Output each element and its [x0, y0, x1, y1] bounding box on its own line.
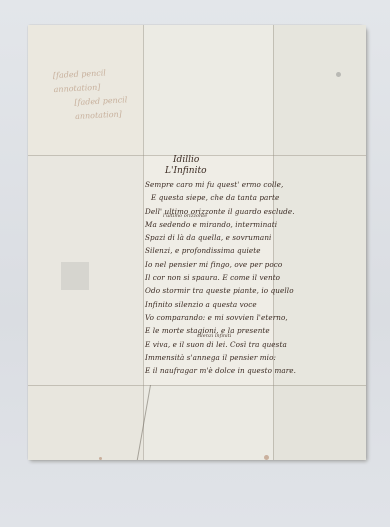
faded-stamp-mark [61, 262, 89, 290]
interlinear-correction: silenzi infiniti [197, 333, 231, 339]
verse-line: Ma sedendo e mirando, interminati [145, 218, 373, 231]
verse-line: Silenzi, e profondissima quiete [145, 244, 373, 257]
manuscript-sheet: [faded pencil annotation] [faded pencil … [28, 25, 366, 460]
annotation-line: [faded pencil annotation] [54, 93, 135, 125]
fold-panel-bottom-right [273, 385, 366, 460]
verse-line: Spazi di là da quella, e sovrumani [145, 231, 373, 244]
verse-line: Odo stormir tra queste piante, io quello [145, 284, 373, 297]
ink-spot [336, 72, 341, 77]
fold-line-vertical-left [143, 25, 144, 460]
verse-line: E le morte stagioni, e la presente [145, 324, 373, 337]
fold-line-horizontal-bottom [28, 385, 366, 386]
manuscript-title: Idillio [145, 155, 373, 166]
verse-line: E il naufragar m'è dolce in questo mare. [145, 364, 373, 377]
annotation-line: [faded pencil annotation] [53, 65, 134, 97]
fold-panel-bottom-left [28, 385, 143, 460]
manuscript-subtitle: L'Infinito [145, 166, 373, 177]
corner-annotation: [faded pencil annotation] [faded pencil … [53, 65, 136, 125]
interlinear-correction: l'ultimo orizzonte [163, 213, 207, 219]
verse-line: E viva, e il suon di lei. Così tra quest… [145, 338, 373, 351]
fold-panel-top-right [273, 25, 366, 155]
manuscript-text: Idillio L'Infinito Sempre caro mi fu que… [145, 155, 373, 377]
ink-spot [99, 457, 102, 460]
verse-line: Immensità s'annega il pensier mio: [145, 351, 373, 364]
verse-line: Il cor non si spaura. E come il vento [145, 271, 373, 284]
ink-spot [264, 455, 269, 460]
verse-line: E questa siepe, che da tanta parte [145, 191, 373, 204]
verse-line: Vo comparando: e mi sovvien l'eterno, [145, 311, 373, 324]
verse-line: Io nel pensier mi fingo, ove per poco [145, 258, 373, 271]
verse-line: Infinito silenzio a questa voce [145, 298, 373, 311]
fold-panel-top-center [143, 25, 273, 155]
verse-line: Sempre caro mi fu quest' ermo colle, [145, 178, 373, 191]
